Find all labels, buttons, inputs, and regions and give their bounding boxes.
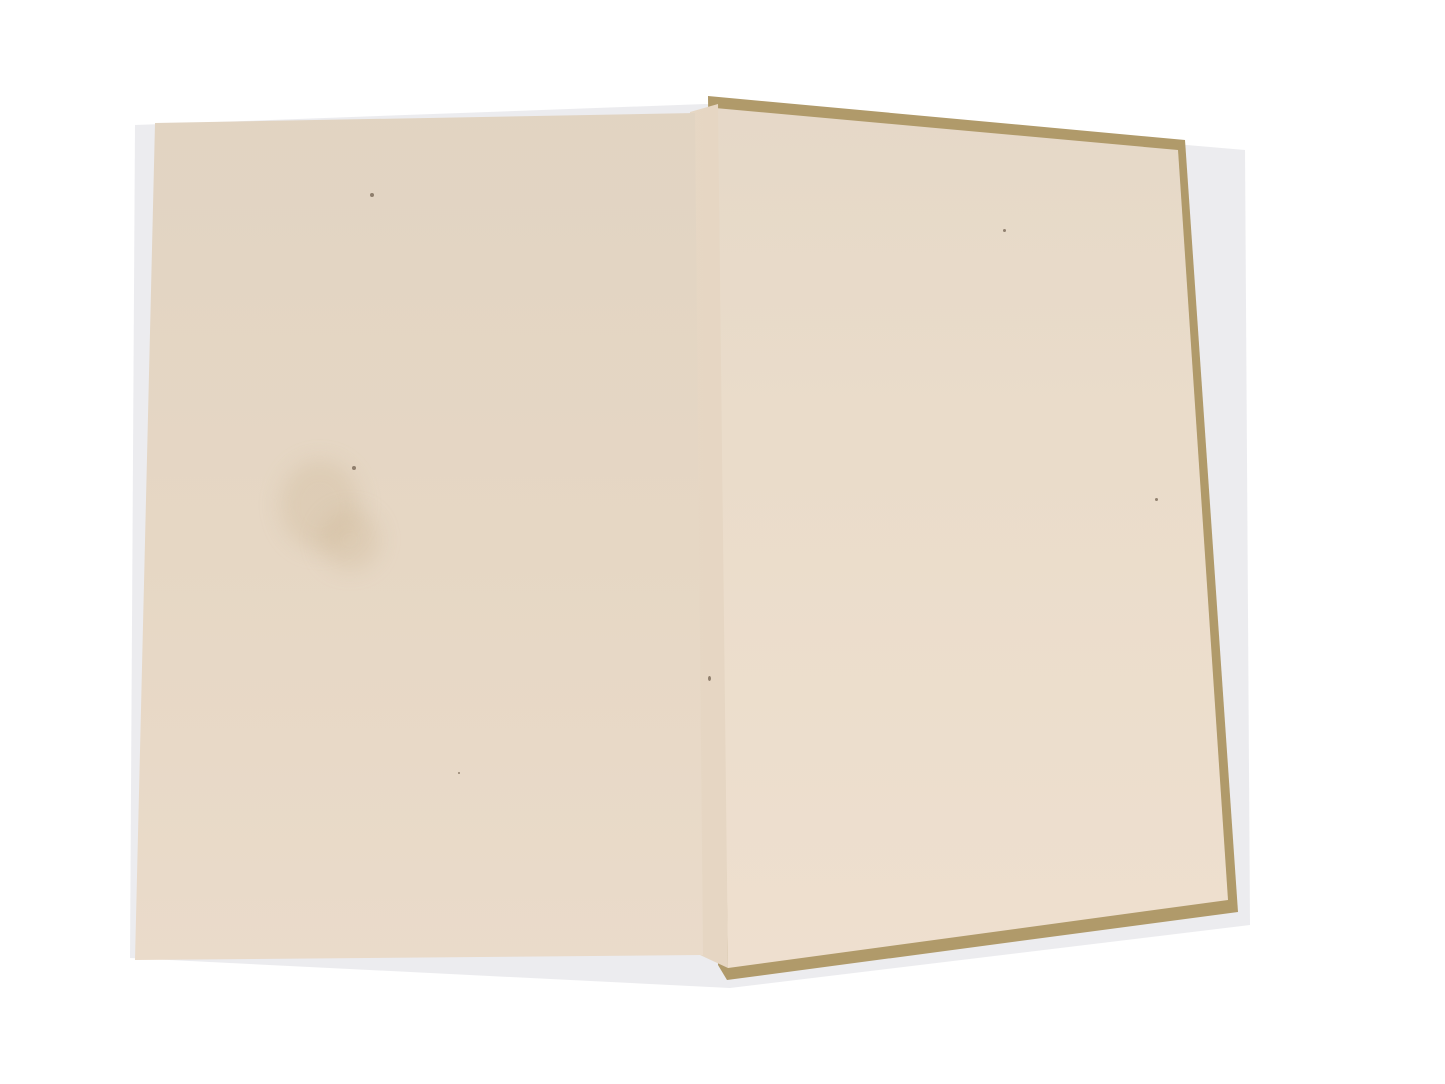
foxing-spot [370, 193, 374, 197]
photo-scene [0, 0, 1445, 1084]
foxing-spot [458, 772, 460, 774]
page-stain [320, 510, 380, 570]
foxing-spot [1155, 498, 1158, 501]
foxing-spot [1003, 229, 1006, 232]
foxing-spot [352, 466, 356, 470]
foxing-spot [708, 676, 711, 681]
